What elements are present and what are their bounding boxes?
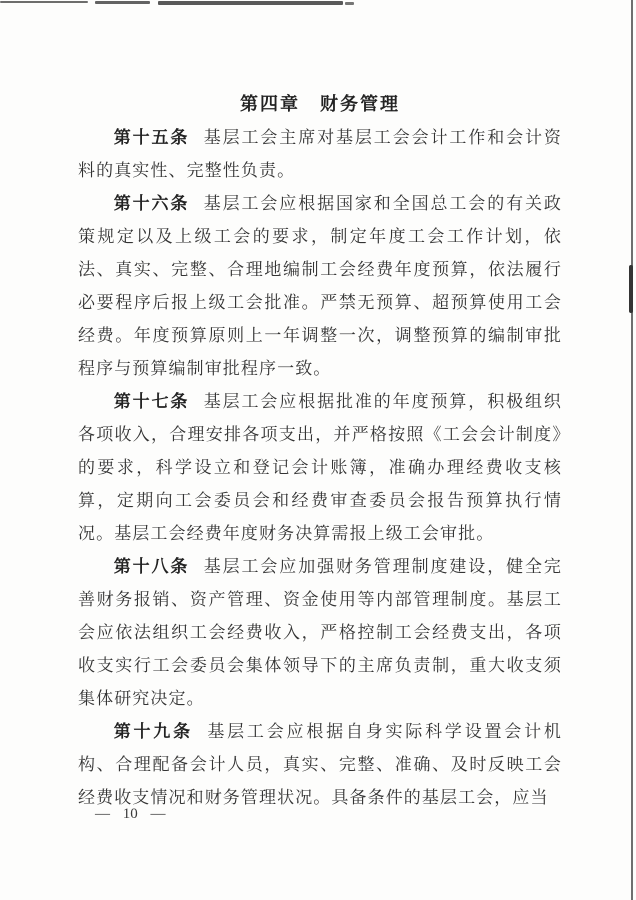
article-19-number: 第十九条 (114, 722, 193, 741)
scan-artifact-top-edge (0, 1, 88, 3)
article-17-number: 第十七条 (114, 392, 190, 411)
scan-artifact-top-edge (345, 2, 354, 5)
article-18-number: 第十八条 (114, 557, 190, 576)
article-16-number: 第十六条 (114, 194, 190, 213)
scan-page-edge-blob (629, 265, 633, 313)
page-number: 10 (123, 806, 138, 823)
scan-artifact-top-edge (95, 1, 150, 4)
footer-dash-right: — (151, 806, 166, 823)
article-15: 第十五条基层工会主席对基层工会会计工作和会计资料的真实性、完整性负责。 (78, 121, 562, 187)
article-15-number: 第十五条 (114, 128, 190, 147)
article-18-text: 基层工会应加强财务管理制度建设，健全完善财务报销、资产管理、资金使用等内部管理制… (78, 557, 562, 708)
article-16-text: 基层工会应根据国家和全国总工会的有关政策规定以及上级工会的要求，制定年度工会工作… (78, 194, 562, 378)
page-number-footer: — 10 — (95, 806, 166, 823)
article-17-text: 基层工会应根据批准的年度预算，积极组织各项收入，合理安排各项支出，并严格按照《工… (78, 392, 562, 543)
article-19: 第十九条基层工会应根据自身实际科学设置会计机构、合理配备会计人员，真实、完整、准… (78, 715, 562, 814)
article-17: 第十七条基层工会应根据批准的年度预算，积极组织各项收入，合理安排各项支出，并严格… (78, 385, 562, 550)
article-18: 第十八条基层工会应加强财务管理制度建设，健全完善财务报销、资产管理、资金使用等内… (78, 550, 562, 715)
document-body: 第四章 财务管理 第十五条基层工会主席对基层工会会计工作和会计资料的真实性、完整… (78, 88, 562, 814)
document-page: 第四章 财务管理 第十五条基层工会主席对基层工会会计工作和会计资料的真实性、完整… (0, 0, 636, 900)
chapter-title: 第四章 财务管理 (78, 88, 562, 121)
scan-artifact-top-edge (158, 1, 343, 5)
footer-dash-left: — (95, 806, 110, 823)
scan-page-edge-line (631, 0, 633, 900)
article-16: 第十六条基层工会应根据国家和全国总工会的有关政策规定以及上级工会的要求，制定年度… (78, 187, 562, 385)
